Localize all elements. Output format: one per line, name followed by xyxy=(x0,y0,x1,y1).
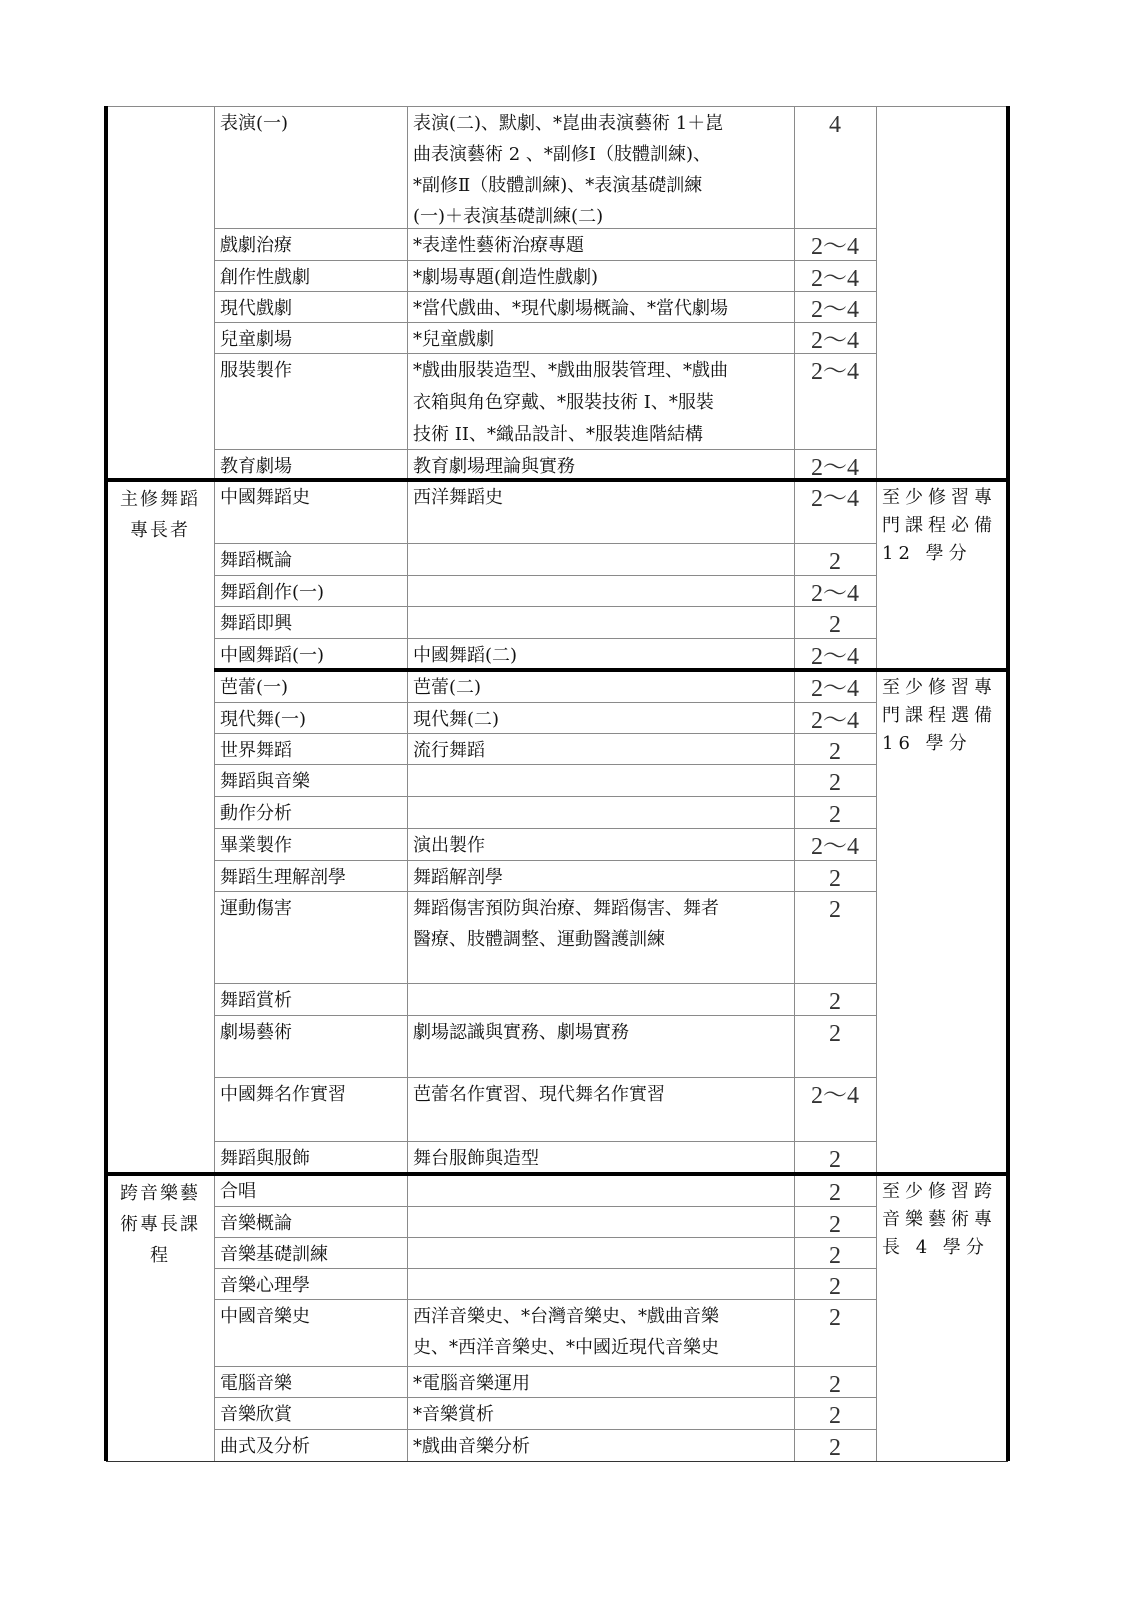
credits: 2～4 xyxy=(794,828,876,863)
table-bottom-border xyxy=(106,1461,1008,1462)
course-name: 劇場藝術 xyxy=(214,1015,407,1048)
row-divider xyxy=(214,891,876,892)
related-courses: 舞台服飾與造型 xyxy=(407,1141,794,1174)
credits: 2 xyxy=(794,796,876,831)
table-row: 音樂心理學2 xyxy=(106,1268,1008,1299)
table-row: 曲式及分析*戲曲音樂分析2 xyxy=(106,1429,1008,1461)
related-course-line: 曲表演藝術 2 、*副修Ⅰ（肢體訓練)、 xyxy=(413,139,794,170)
row-divider xyxy=(214,1397,876,1398)
table-row: 中國舞蹈(一)中國舞蹈(二)2～4 xyxy=(106,638,1008,670)
course-name: 舞蹈創作(一) xyxy=(214,575,407,608)
course-name: 合唱 xyxy=(214,1174,407,1207)
related-courses: *電腦音樂運用 xyxy=(407,1366,794,1399)
course-name: 音樂心理學 xyxy=(214,1268,407,1301)
related-courses: 芭蕾(二) xyxy=(407,670,794,703)
course-name: 中國音樂史 xyxy=(214,1299,407,1332)
credits: 2～4 xyxy=(794,480,876,515)
course-name: 世界舞蹈 xyxy=(214,733,407,766)
table-row: 服裝製作*戲曲服裝造型、*戲曲服裝管理、*戲曲衣箱與角色穿戴、*服裝技術 Ⅰ、*… xyxy=(106,353,1008,449)
row-divider xyxy=(214,543,876,544)
document-page: 表演(一)表演(二)、默劇、*崑曲表演藝術 1＋崑曲表演藝術 2 、*副修Ⅰ（肢… xyxy=(0,0,1131,1600)
section-divider xyxy=(214,668,1010,672)
credits: 2 xyxy=(794,1237,876,1272)
row-divider xyxy=(214,353,876,354)
related-courses: 表演(二)、默劇、*崑曲表演藝術 1＋崑曲表演藝術 2 、*副修Ⅰ（肢體訓練)、… xyxy=(407,106,794,232)
row-divider xyxy=(214,1268,876,1269)
row-divider xyxy=(214,449,876,450)
table-row: 音樂欣賞*音樂賞析2 xyxy=(106,1397,1008,1429)
row-divider xyxy=(214,1237,876,1238)
row-divider xyxy=(214,796,876,797)
column-divider xyxy=(876,480,877,670)
row-divider xyxy=(214,260,876,261)
related-course-line: *戲曲服裝造型、*戲曲服裝管理、*戲曲 xyxy=(413,355,794,387)
related-courses: 舞蹈解剖學 xyxy=(407,860,794,893)
related-courses: 中國舞蹈(二) xyxy=(407,638,794,671)
related-courses: 現代舞(二) xyxy=(407,702,794,735)
table-row: 中國舞名作實習芭蕾名作實習、現代舞名作實習2～4 xyxy=(106,1077,1008,1141)
related-courses: 芭蕾名作實習、現代舞名作實習 xyxy=(407,1077,794,1110)
credits: 2～4 xyxy=(794,575,876,610)
table-row: 舞蹈概論2 xyxy=(106,543,1008,575)
course-name: 舞蹈概論 xyxy=(214,543,407,576)
course-name: 舞蹈與音樂 xyxy=(214,764,407,797)
table-row: 劇場藝術劇場認識與實務、劇場實務2 xyxy=(106,1015,1008,1077)
course-name: 兒童劇場 xyxy=(214,322,407,355)
related-courses: 流行舞蹈 xyxy=(407,733,794,766)
section-divider xyxy=(106,478,1010,482)
credits: 2 xyxy=(794,1141,876,1176)
table-row: 舞蹈與音樂2 xyxy=(106,764,1008,796)
course-name: 音樂欣賞 xyxy=(214,1397,407,1430)
column-divider xyxy=(794,480,795,670)
row-divider xyxy=(214,1366,876,1367)
table-row: 音樂基礎訓練2 xyxy=(106,1237,1008,1268)
table-row: 戲劇治療*表達性藝術治療專題2～4 xyxy=(106,228,1008,260)
credits: 2 xyxy=(794,764,876,799)
credits: 2 xyxy=(794,1366,876,1401)
table-row: 舞蹈生理解剖學舞蹈解剖學2 xyxy=(106,860,1008,891)
course-name: 舞蹈即興 xyxy=(214,606,407,639)
credits: 2 xyxy=(794,1268,876,1303)
table-row: 運動傷害舞蹈傷害預防與治療、舞蹈傷害、舞者醫療、肢體調整、運動醫護訓練2 xyxy=(106,891,1008,983)
credits: 2～4 xyxy=(794,1077,876,1112)
course-name: 音樂概論 xyxy=(214,1206,407,1239)
column-divider xyxy=(214,1174,215,1461)
table-row: 兒童劇場*兒童戲劇2～4 xyxy=(106,322,1008,353)
section-divider xyxy=(106,1172,1010,1176)
course-name: 中國舞蹈史 xyxy=(214,480,407,513)
table-row: 芭蕾(一)芭蕾(二)2～4 xyxy=(106,670,1008,702)
table-row: 合唱2 xyxy=(106,1174,1008,1206)
course-name: 現代舞(一) xyxy=(214,702,407,735)
related-courses: 劇場認識與實務、劇場實務 xyxy=(407,1015,794,1048)
credits: 2 xyxy=(794,733,876,768)
credits: 2～4 xyxy=(794,291,876,326)
table-row: 畢業製作演出製作2～4 xyxy=(106,828,1008,860)
course-name: 曲式及分析 xyxy=(214,1429,407,1462)
course-name: 音樂基礎訓練 xyxy=(214,1237,407,1270)
related-course-line: 西洋音樂史、*台灣音樂史、*戲曲音樂 xyxy=(413,1301,794,1332)
row-divider xyxy=(214,1141,876,1142)
course-name: 芭蕾(一) xyxy=(214,670,407,703)
credits: 2 xyxy=(794,891,876,926)
course-name: 舞蹈賞析 xyxy=(214,983,407,1016)
column-divider xyxy=(407,1174,408,1461)
credits: 2 xyxy=(794,606,876,641)
credits: 4 xyxy=(794,106,876,141)
credits: 2 xyxy=(794,983,876,1018)
credits: 2 xyxy=(794,1397,876,1432)
row-divider xyxy=(214,228,876,229)
row-divider xyxy=(214,575,876,576)
credits: 2～4 xyxy=(794,228,876,263)
row-divider xyxy=(214,322,876,323)
related-course-line: 醫療、肢體調整、運動醫護訓練 xyxy=(413,924,794,955)
credits: 2 xyxy=(794,1429,876,1464)
course-name: 舞蹈與服飾 xyxy=(214,1141,407,1174)
column-divider xyxy=(794,106,795,480)
related-courses: *表達性藝術治療專題 xyxy=(407,228,794,261)
row-divider xyxy=(214,1015,876,1016)
table-row: 現代戲劇*當代戲曲、*現代劇場概論、*當代劇場2～4 xyxy=(106,291,1008,322)
credits: 2 xyxy=(794,543,876,578)
table-row: 現代舞(一)現代舞(二)2～4 xyxy=(106,702,1008,733)
table-row: 創作性戲劇*劇場專題(創造性戲劇)2～4 xyxy=(106,260,1008,291)
table-row: 中國音樂史西洋音樂史、*台灣音樂史、*戲曲音樂史、*西洋音樂史、*中國近現代音樂… xyxy=(106,1299,1008,1366)
course-name: 畢業製作 xyxy=(214,828,407,861)
row-divider xyxy=(214,1429,876,1430)
course-name: 服裝製作 xyxy=(214,353,407,386)
table-row: 世界舞蹈流行舞蹈2 xyxy=(106,733,1008,764)
related-course-line: 表演(二)、默劇、*崑曲表演藝術 1＋崑 xyxy=(413,108,794,139)
column-divider xyxy=(407,480,408,670)
row-divider xyxy=(214,702,876,703)
row-divider xyxy=(214,983,876,984)
course-name: 電腦音樂 xyxy=(214,1366,407,1399)
related-courses: 演出製作 xyxy=(407,828,794,861)
row-divider xyxy=(214,733,876,734)
course-name: 運動傷害 xyxy=(214,891,407,924)
related-course-line: 衣箱與角色穿戴、*服裝技術 Ⅰ、*服裝 xyxy=(413,387,794,419)
course-name: 舞蹈生理解剖學 xyxy=(214,860,407,893)
related-courses: 舞蹈傷害預防與治療、舞蹈傷害、舞者醫療、肢體調整、運動醫護訓練 xyxy=(407,891,794,955)
column-divider xyxy=(876,670,877,1174)
row-divider xyxy=(214,860,876,861)
column-divider xyxy=(407,670,408,1174)
course-name: 中國舞蹈(一) xyxy=(214,638,407,671)
credits: 2～4 xyxy=(794,322,876,357)
table-row: 電腦音樂*電腦音樂運用2 xyxy=(106,1366,1008,1397)
table-row: 教育劇場教育劇場理論與實務2～4 xyxy=(106,449,1008,480)
row-divider xyxy=(214,1299,876,1300)
row-divider xyxy=(214,291,876,292)
row-divider xyxy=(214,1206,876,1207)
related-course-line: 技術 II、*織品設計、*服裝進階結構 xyxy=(413,419,794,451)
column-divider xyxy=(214,106,215,480)
row-divider xyxy=(214,828,876,829)
column-divider xyxy=(876,1174,877,1461)
table-row: 舞蹈創作(一)2～4 xyxy=(106,575,1008,606)
related-courses: *劇場專題(創造性戲劇) xyxy=(407,260,794,293)
related-courses: *兒童戲劇 xyxy=(407,322,794,355)
course-name: 創作性戲劇 xyxy=(214,260,407,293)
related-courses: *音樂賞析 xyxy=(407,1397,794,1430)
related-courses: *當代戲曲、*現代劇場概論、*當代劇場 xyxy=(407,291,794,324)
related-course-line: *副修Ⅱ（肢體訓練)、*表演基礎訓練 xyxy=(413,170,794,201)
related-courses: *戲曲服裝造型、*戲曲服裝管理、*戲曲衣箱與角色穿戴、*服裝技術 Ⅰ、*服裝技術… xyxy=(407,353,794,451)
column-divider xyxy=(794,670,795,1174)
course-name: 現代戲劇 xyxy=(214,291,407,324)
table-right-border xyxy=(1006,106,1010,1461)
column-divider xyxy=(876,106,877,480)
table-row: 表演(一)表演(二)、默劇、*崑曲表演藝術 1＋崑曲表演藝術 2 、*副修Ⅰ（肢… xyxy=(106,106,1008,228)
course-name: 表演(一) xyxy=(214,106,407,139)
row-divider xyxy=(214,1077,876,1078)
related-courses: *戲曲音樂分析 xyxy=(407,1429,794,1462)
credits: 2 xyxy=(794,1299,876,1334)
credits: 2 xyxy=(794,860,876,895)
table-left-border xyxy=(104,106,108,1461)
table-row: 中國舞蹈史西洋舞蹈史2～4 xyxy=(106,480,1008,543)
credits: 2 xyxy=(794,1015,876,1050)
column-divider xyxy=(214,480,215,670)
course-name: 中國舞名作實習 xyxy=(214,1077,407,1110)
table-row: 舞蹈賞析2 xyxy=(106,983,1008,1015)
credits: 2 xyxy=(794,1206,876,1241)
credits: 2～4 xyxy=(794,670,876,705)
related-courses: 西洋音樂史、*台灣音樂史、*戲曲音樂史、*西洋音樂史、*中國近現代音樂史 xyxy=(407,1299,794,1363)
course-name: 戲劇治療 xyxy=(214,228,407,261)
column-divider xyxy=(794,1174,795,1461)
related-course-line: 舞蹈傷害預防與治療、舞蹈傷害、舞者 xyxy=(413,893,794,924)
row-divider xyxy=(214,764,876,765)
credits: 2～4 xyxy=(794,702,876,737)
column-divider xyxy=(407,106,408,480)
table-row: 動作分析2 xyxy=(106,796,1008,828)
credits: 2 xyxy=(794,1174,876,1209)
table-row: 音樂概論2 xyxy=(106,1206,1008,1237)
course-name: 動作分析 xyxy=(214,796,407,829)
table-row: 舞蹈即興2 xyxy=(106,606,1008,638)
table-row: 舞蹈與服飾舞台服飾與造型2 xyxy=(106,1141,1008,1174)
column-divider xyxy=(214,670,215,1174)
table-top-border xyxy=(106,106,1008,107)
credits: 2～4 xyxy=(794,260,876,295)
credits: 2～4 xyxy=(794,353,876,388)
related-courses: 西洋舞蹈史 xyxy=(407,480,794,513)
row-divider xyxy=(214,606,876,607)
row-divider xyxy=(214,638,876,639)
related-course-line: 史、*西洋音樂史、*中國近現代音樂史 xyxy=(413,1332,794,1363)
